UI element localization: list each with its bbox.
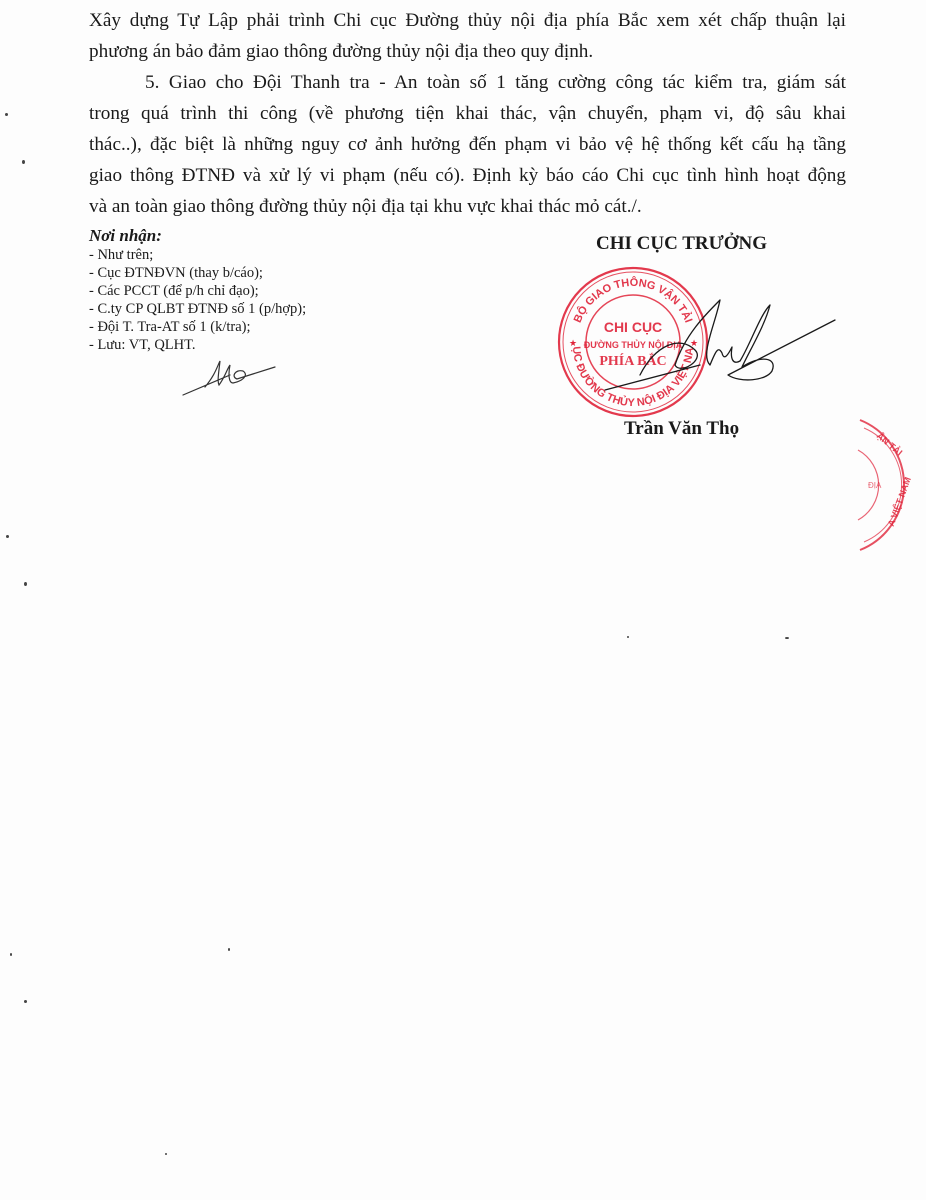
document-body: Xây dựng Tự Lập phải trình Chi cục Đường… [89,5,846,222]
recipient-item: - Cục ĐTNĐVN (thay b/cáo); [89,264,306,282]
body-line-6: giao thông ĐTNĐ và xử lý vi phạm (nếu có… [89,160,846,191]
svg-text:★: ★ [569,338,577,348]
recipients-title: Nơi nhận: [89,226,306,246]
svg-text:ĐỊA: ĐỊA [868,481,882,490]
scan-speck [22,160,25,164]
body-line-4: trong quá trình thi công (về phương tiện… [89,98,846,129]
scan-speck [228,948,230,951]
scan-speck [10,953,12,956]
recipient-item: - Đội T. Tra-AT số 1 (k/tra); [89,318,306,336]
recipient-item: - Các PCCT (để p/h chỉ đạo); [89,282,306,300]
scan-speck [785,637,789,639]
recipients-block: Nơi nhận: - Như trên; - Cục ĐTNĐVN (thay… [89,226,306,354]
recipient-item: - Lưu: VT, QLHT. [89,336,306,354]
edge-stamp-icon: ẬN TẢI A VIỆT NAM ĐỊA [820,410,926,560]
signer-name: Trần Văn Thọ [624,418,739,440]
body-line-5: thác..), đặc biệt là những nguy cơ ảnh h… [89,129,846,160]
document-page: Xây dựng Tự Lập phải trình Chi cục Đường… [0,0,926,1200]
svg-text:A VIỆT NAM: A VIỆT NAM [885,475,913,527]
body-line-3: 5. Giao cho Đội Thanh tra - An toàn số 1… [89,67,846,98]
scan-speck [6,535,9,538]
scan-speck [627,636,629,638]
body-line-7: và an toàn giao thông đường thủy nội địa… [89,191,846,222]
scan-speck [5,113,8,116]
chief-signature-icon [600,295,840,405]
signer-title: CHI CỤC TRƯỞNG [596,233,767,255]
recipient-item: - C.ty CP QLBT ĐTNĐ số 1 (p/hợp); [89,300,306,318]
recipient-item: - Như trên; [89,246,306,264]
svg-text:ẬN TẢI: ẬN TẢI [875,430,905,458]
scan-speck [24,582,27,586]
body-line-1: Xây dựng Tự Lập phải trình Chi cục Đường… [89,5,846,36]
scan-speck [24,1000,27,1003]
scan-speck [165,1153,167,1155]
body-line-2: phương án bảo đảm giao thông đường thủy … [89,36,846,67]
initials-signature-icon [175,355,285,400]
